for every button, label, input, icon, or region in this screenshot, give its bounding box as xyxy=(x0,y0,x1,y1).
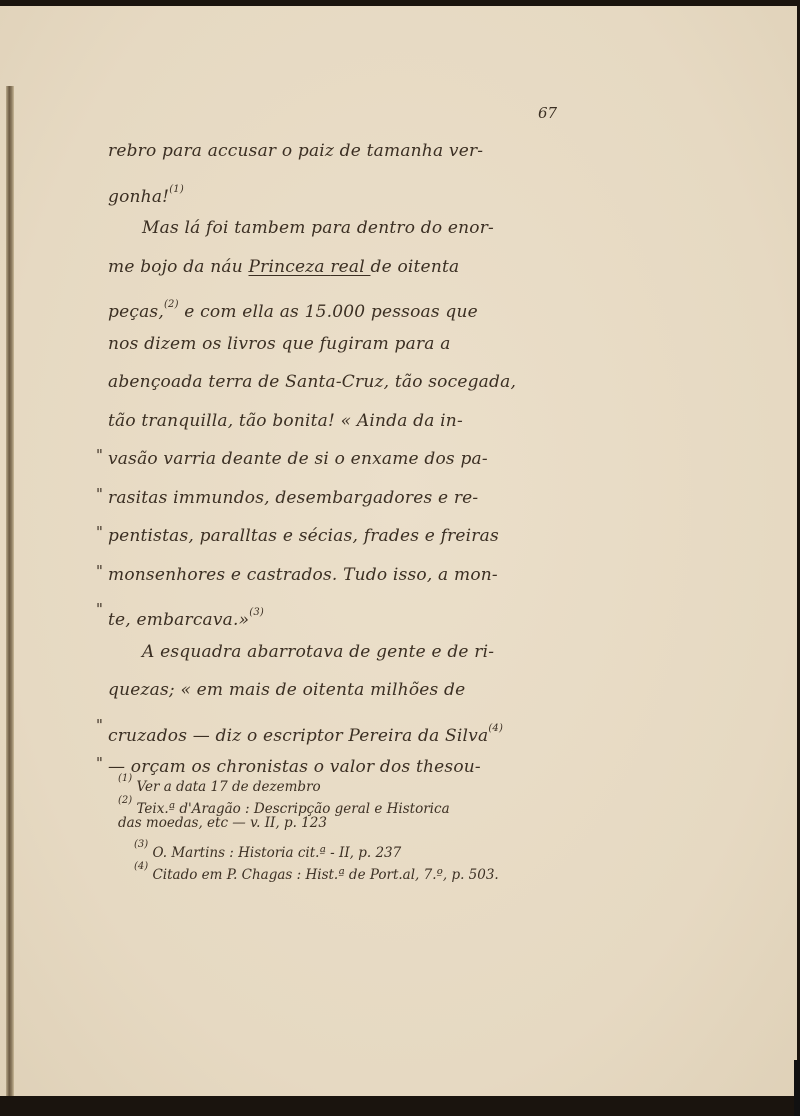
text-line: nos dizem os livros que fugiram para a xyxy=(108,325,578,364)
quote-mark: " xyxy=(96,590,103,629)
text-line: quezas; « em mais de oitenta milhões de xyxy=(108,671,578,710)
text-line-quoted: "pentistas, paralltas e sécias, frades e… xyxy=(108,517,578,556)
manuscript-body: rebro para accusar o paiz de tamanha ver… xyxy=(108,132,578,787)
quote-mark: " xyxy=(96,706,103,745)
footnote-ref: (1) xyxy=(169,184,184,195)
quote-mark: " xyxy=(96,744,103,783)
text-line: tão tranquilla, tão bonita! « Ainda da i… xyxy=(108,402,578,441)
text-line: A esquadra abarrotava de gente e de ri- xyxy=(108,633,578,672)
text-line: rebro para accusar o paiz de tamanha ver… xyxy=(108,132,578,171)
quote-mark: " xyxy=(96,552,103,591)
scan-border-bottom xyxy=(0,1096,800,1116)
quote-mark: " xyxy=(96,513,103,552)
text-line: Mas lá foi tambem para dentro do enor- xyxy=(108,209,578,248)
quote-mark: " xyxy=(96,436,103,475)
page-number: 67 xyxy=(538,104,557,122)
scan-border-right xyxy=(794,1060,800,1116)
text-line: me bojo da náu Princeza real de oitenta xyxy=(108,248,578,287)
text-line-quoted: "vasão varria deante de si o enxame dos … xyxy=(108,440,578,479)
footnote-2: (2) Teix.ª d'Aragão : Descripção geral e… xyxy=(118,790,588,812)
footnote-1: (1) Ver a data 17 de dezembro xyxy=(118,768,588,790)
footnote-3: (3) O. Martins : Historia cit.ª - II, p.… xyxy=(118,834,588,856)
manuscript-page: 67 rebro para accusar o paiz de tamanha … xyxy=(0,6,797,1098)
text-line-quoted: "monsenhores e castrados. Tudo isso, a m… xyxy=(108,556,578,595)
text-line: peças,(2) e com ella as 15.000 pessoas q… xyxy=(108,286,578,325)
footnote-ref: (3) xyxy=(249,607,264,618)
text-line-quoted: "rasitas immundos, desembargadores e re- xyxy=(108,479,578,518)
footnote-4: (4) Citado em P. Chagas : Hist.ª de Port… xyxy=(118,856,588,878)
quote-mark: " xyxy=(96,475,103,514)
text-segment: me bojo da náu Princeza real de oitenta xyxy=(108,257,459,277)
text-line-quoted: "te, embarcava.»(3) xyxy=(108,594,578,633)
footnote-ref: (2) xyxy=(164,299,179,310)
binding-edge xyxy=(6,86,14,1098)
text-line-quoted: "cruzados — diz o escriptor Pereira da S… xyxy=(108,710,578,749)
footnotes: (1) Ver a data 17 de dezembro (2) Teix.ª… xyxy=(118,768,588,878)
footnote-ref: (4) xyxy=(488,723,503,734)
text-line: abençoada terra de Santa-Cruz, tão soceg… xyxy=(108,363,578,402)
text-line: gonha!(1) xyxy=(108,171,578,210)
